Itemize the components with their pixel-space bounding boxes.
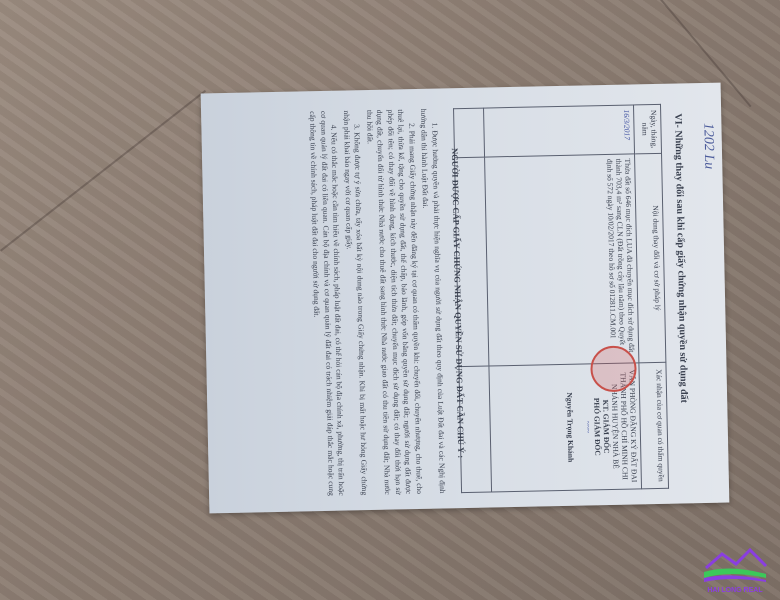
- section-title: VI- Những thay đổi sau khi cấp giấy chứn…: [672, 113, 691, 493]
- certificate-page-content: 1202 Lu VI- Những thay đổi sau khi cấp g…: [201, 83, 730, 514]
- row-content: Thửa đất số 646 mục đích LUA đã chuyển m…: [485, 154, 639, 366]
- changes-table: Ngày, tháng, năm Nội dung thay đổi và cơ…: [453, 104, 669, 493]
- table-row: 16/3/2017 Thửa đất số 646 mục đích LUA đ…: [484, 105, 642, 492]
- note-item: 2. Phải mang Giấy chứng nhận này đến đăn…: [364, 109, 425, 495]
- handwritten-note: 1202 Lu: [699, 123, 716, 170]
- watermark-logo: HAI LONG REAL: [700, 544, 770, 594]
- notes-list: 1. Được hưởng quyền và phải thực hiện ng…: [305, 109, 447, 497]
- note-item: 4. Nếu có thắc mắc hoặc cần tìm hiểu về …: [307, 111, 347, 497]
- house-logo-icon: [700, 544, 770, 584]
- signature: ~~~: [574, 368, 594, 485]
- header-content: Nội dung thay đổi và cơ sở pháp lý: [635, 153, 666, 363]
- certificate-page: 1202 Lu VI- Những thay đổi sau khi cấp g…: [201, 83, 730, 514]
- row-confirmation: VĂN PHÒNG ĐĂNG KÝ ĐẤT ĐAI THÀNH PHỐ HỒ C…: [489, 363, 642, 492]
- row-date: 16/3/2017: [484, 105, 635, 157]
- watermark-brand: HAI LONG REAL: [700, 587, 770, 594]
- header-date: Ngày, tháng, năm: [633, 104, 661, 154]
- header-confirmation: Xác nhận của cơ quan có thẩm quyền: [639, 362, 669, 489]
- floor-tile-seam: [0, 90, 206, 252]
